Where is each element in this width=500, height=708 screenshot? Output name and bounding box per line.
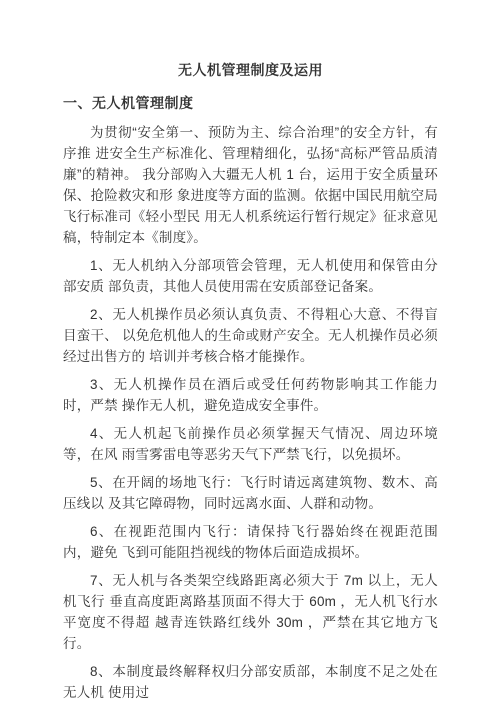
rule-item-4: 4、无人机起飞前操作员必须掌握天气情况、周边环境等，在风 雨雪雾雷电等恶劣天气下…: [63, 423, 438, 465]
rule-item-5: 5、在开阔的场地飞行：飞行时请远离建筑物、数木、高压线以 及其它障碍物，同时远离…: [63, 472, 438, 514]
document-page: 无人机管理制度及运用 一、无人机管理制度 为贯彻“安全第一、预防为主、综合治理”…: [0, 0, 500, 708]
paragraph-intro: 为贯彻“安全第一、预防为主、综合治理”的安全方针，有序推 进安全生产标准化、管理…: [63, 122, 438, 248]
document-title: 无人机管理制度及运用: [63, 60, 438, 80]
rule-item-7: 7、无人机与各类架空线路距离必须大于 7m 以上，无人机飞行 垂直高度距离路基顶…: [63, 570, 438, 654]
rule-item-2: 2、无人机操作员必须认真负责、不得粗心大意、不得盲目蛮干、 以免危机他人的生命或…: [63, 304, 438, 367]
section-heading: 一、无人机管理制度: [63, 93, 438, 113]
rule-item-6: 6、在视距范围内飞行：请保持飞行器始终在视距范围内，避免 飞到可能阻挡视线的物体…: [63, 521, 438, 563]
rule-item-3: 3、无人机操作员在酒后或受任何药物影响其工作能力时，严禁 操作无人机，避免造成安…: [63, 374, 438, 416]
rule-item-8: 8、本制度最终解释权归分部安质部，本制度不足之处在无人机 使用过: [63, 661, 438, 703]
rule-item-1: 1、无人机纳入分部项管会管理，无人机使用和保管由分部安质 部负责，其他人员使用需…: [63, 255, 438, 297]
